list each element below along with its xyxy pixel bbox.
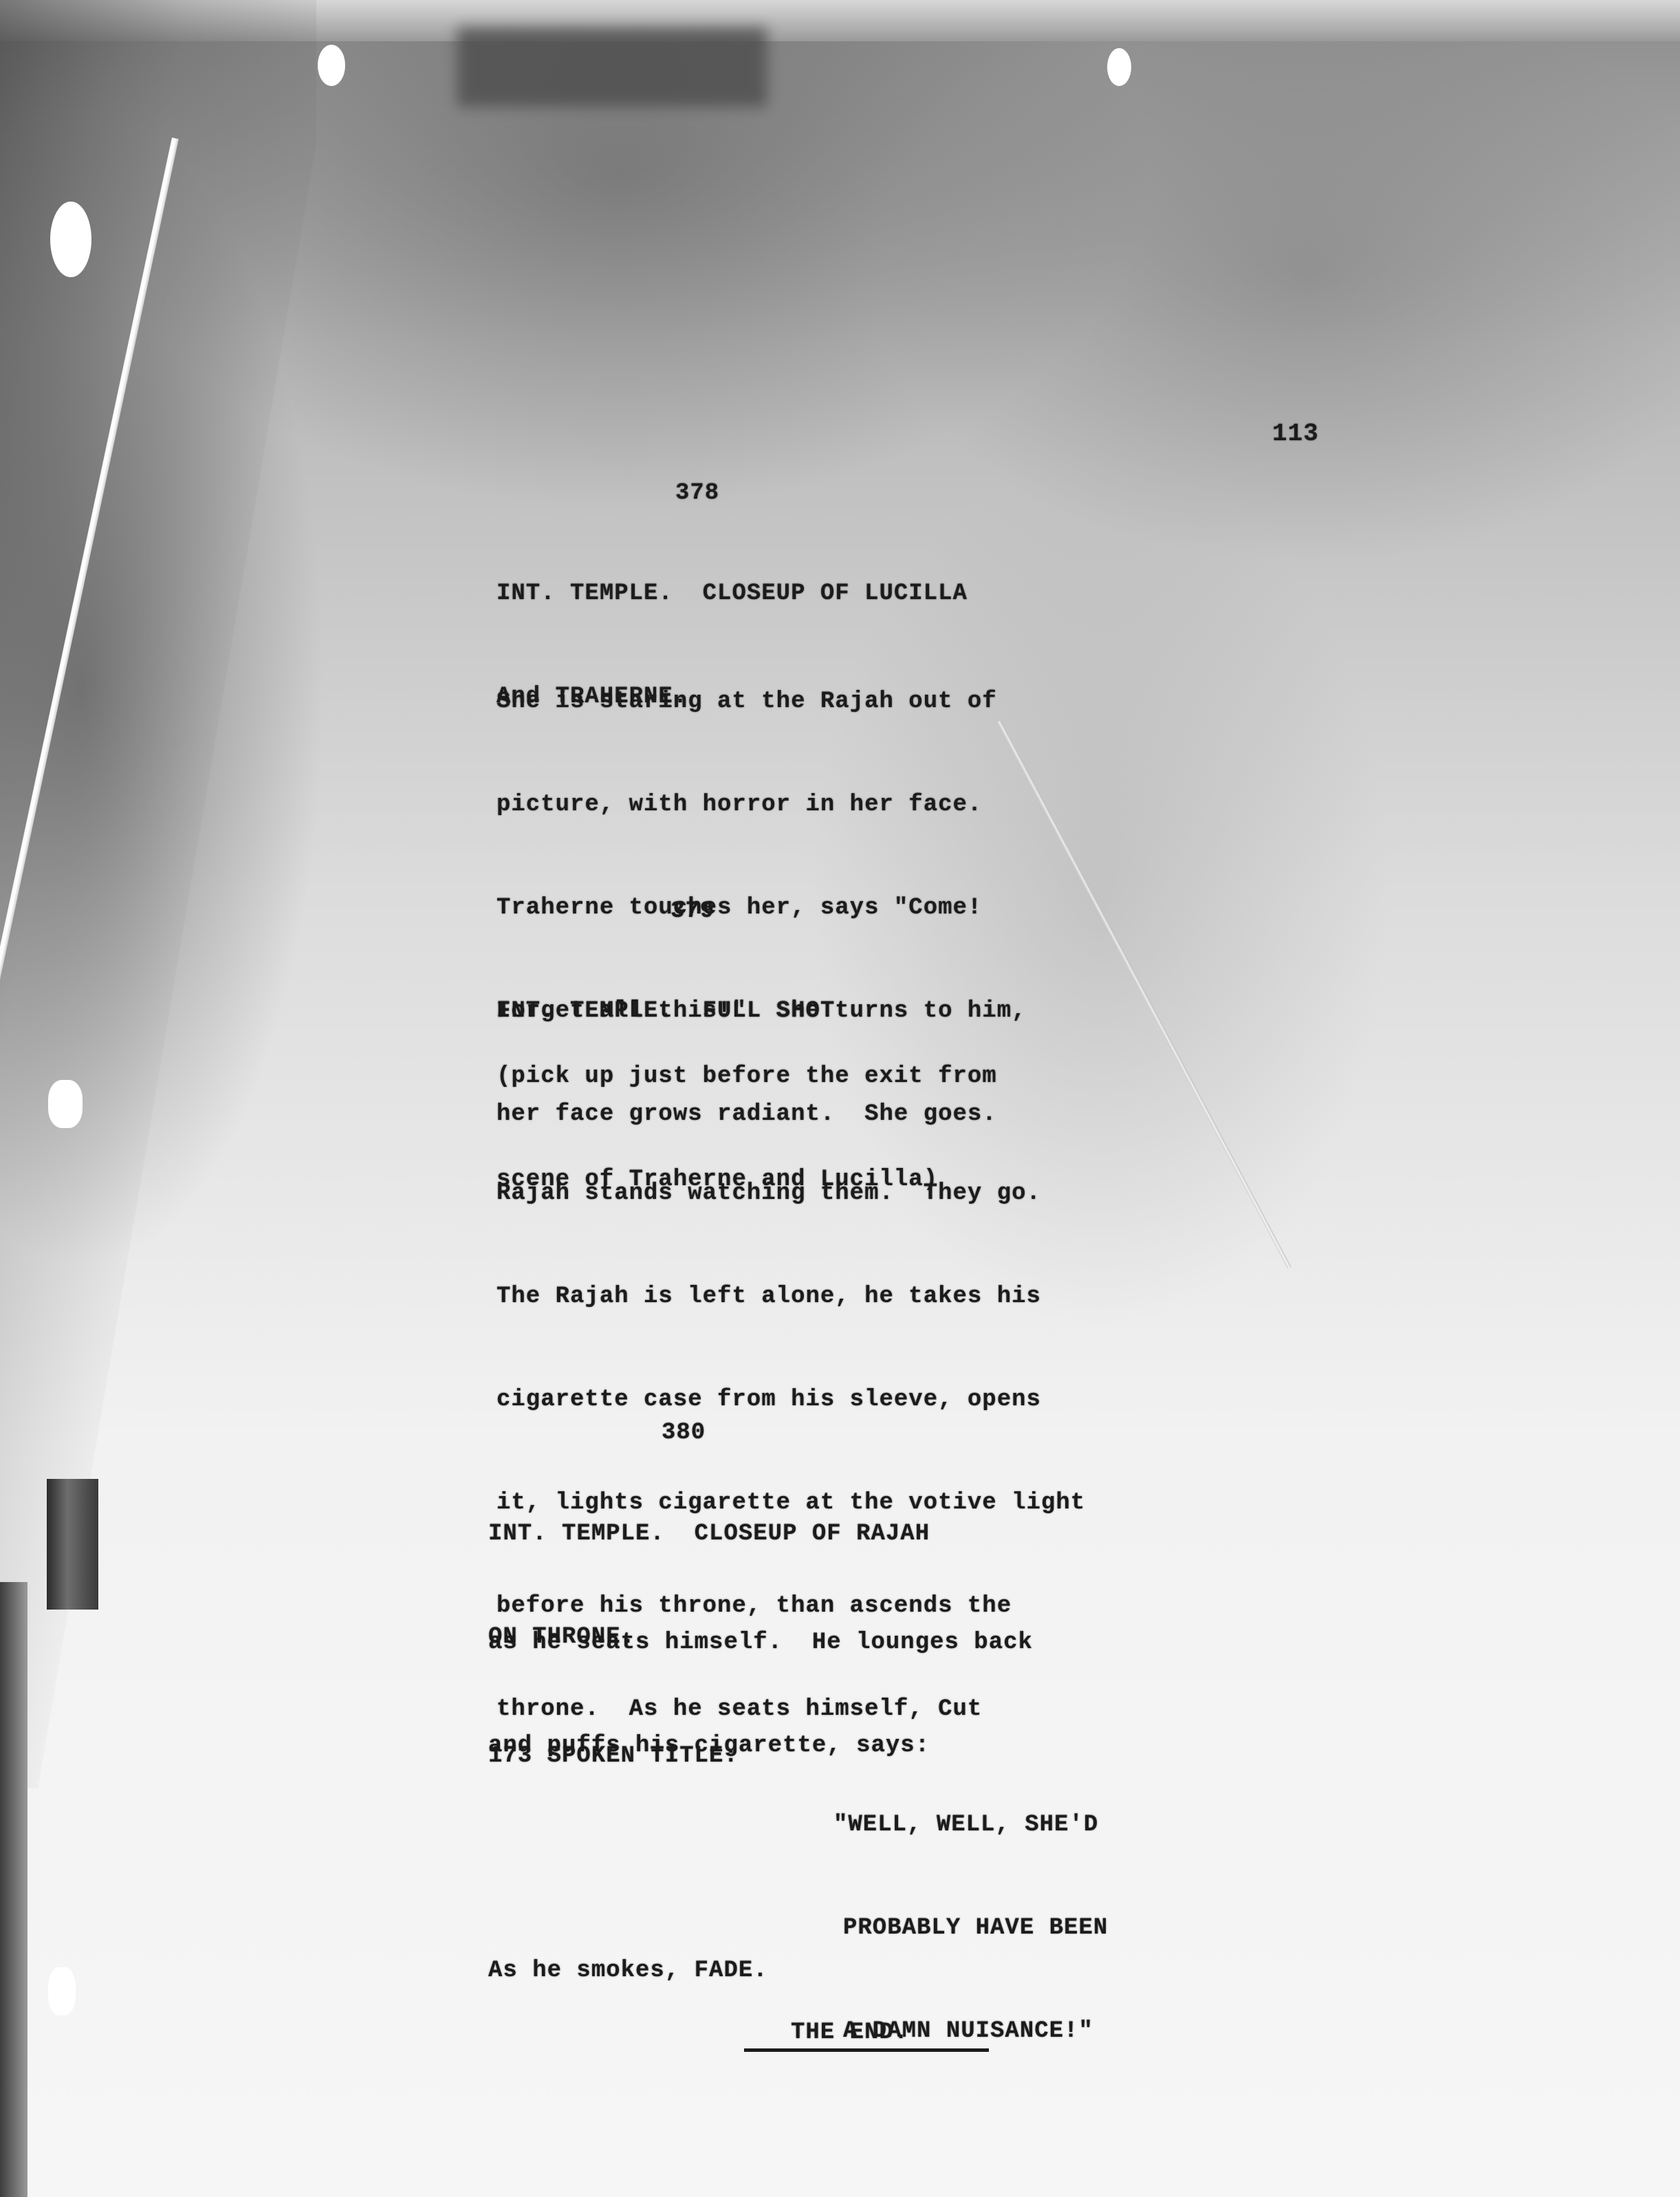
scene-number: 380: [662, 1416, 706, 1450]
punch-hole: [318, 45, 345, 86]
direction-line: (pick up just before the exit from: [497, 1059, 997, 1094]
action-line: as he seats himself. He lounges back: [488, 1625, 1033, 1660]
spoken-title-line: PROBABLY HAVE BEEN: [833, 1911, 1108, 1945]
scene-heading-line: INT. TEMPLE. CLOSEUP OF LUCILLA: [497, 576, 968, 611]
action-line: Traherne touches her, says "Come!: [497, 891, 1027, 925]
action-line: She is staring at the Rajah out of: [497, 684, 1027, 719]
punch-hole: [1107, 48, 1131, 86]
the-end: THE END.: [791, 2015, 908, 2050]
torn-left-edge: [0, 1582, 28, 2197]
the-end-underline: [744, 2048, 989, 2052]
closing-direction: As he smokes, FADE.: [488, 1954, 768, 1988]
punch-hole: [48, 1080, 83, 1128]
binding-tape: [47, 1479, 98, 1610]
action-line: Rajah stands watching them. They go.: [497, 1176, 1085, 1211]
spoken-title-line: "WELL, WELL, SHE'D: [833, 1808, 1108, 1842]
punch-hole: [50, 202, 91, 277]
spoken-title-text: "WELL, WELL, SHE'D PROBABLY HAVE BEEN A …: [833, 1739, 1108, 2117]
action-line: cigarette case from his sleeve, opens: [497, 1383, 1085, 1417]
action-line: The Rajah is left alone, he takes his: [497, 1279, 1085, 1314]
punch-hole: [48, 1967, 76, 2015]
scene-number: 379: [670, 894, 714, 929]
spoken-title-label: 173 SPOKEN TITLE:: [488, 1739, 739, 1773]
tape-residue: [457, 28, 767, 107]
script-page: 113 378 INT. TEMPLE. CLOSEUP OF LUCILLA …: [0, 0, 1680, 2197]
scene-heading-line: INT. TEMPLE. CLOSEUP OF RAJAH: [488, 1517, 930, 1551]
action-line: picture, with horror in her face.: [497, 788, 1027, 822]
page-number: 113: [1272, 417, 1319, 451]
scene-number: 378: [675, 476, 719, 510]
